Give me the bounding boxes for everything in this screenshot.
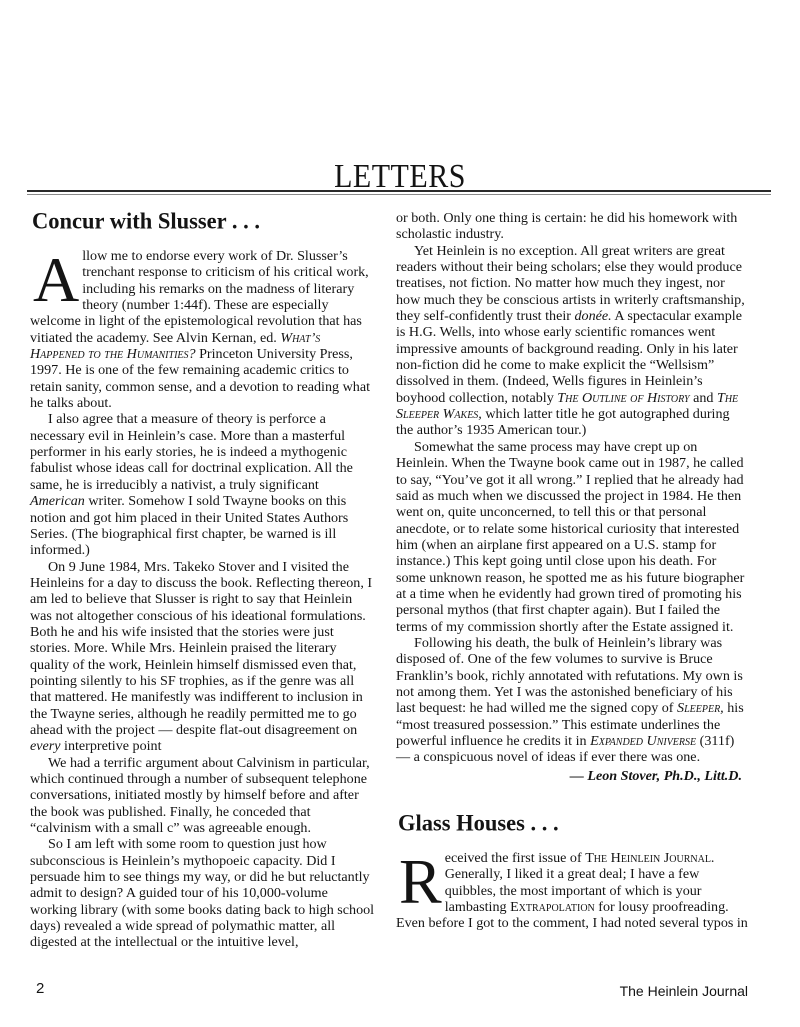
book-title: Sleeper,: [677, 700, 724, 716]
paragraph: Somewhat the same process may have crept…: [396, 439, 748, 635]
drop-cap: R: [399, 854, 442, 906]
letter-heading-glass-houses: Glass Houses . . .: [398, 809, 748, 836]
book-title: The Outline of History: [557, 390, 689, 406]
column-right: or both. Only one thing is certain: he d…: [396, 210, 748, 932]
paragraph: or both. Only one thing is certain: he d…: [396, 210, 748, 243]
journal-title: The Heinlein Journal.: [585, 850, 714, 866]
paragraph: Following his death, the bulk of Heinlei…: [396, 635, 748, 766]
drop-cap: A: [33, 252, 79, 304]
page-number: 2: [36, 980, 44, 997]
paragraph: Yet Heinlein is no exception. All great …: [396, 243, 748, 439]
column-left: Concur with Slusser . . . Allow me to en…: [30, 208, 375, 951]
journal-title: Extrapolation: [510, 899, 595, 915]
letter-concur-body: Allow me to endorse every work of Dr. Sl…: [30, 248, 375, 951]
letter-signature: — Leon Stover, Ph.D., Litt.D.: [396, 768, 748, 784]
book-title: Expanded Universe: [590, 733, 696, 749]
paragraph: Allow me to endorse every work of Dr. Sl…: [30, 248, 375, 411]
letter-heading-concur: Concur with Slusser . . .: [32, 207, 375, 234]
paragraph: We had a terrific argument about Calvini…: [30, 755, 375, 837]
paragraph: Received the first issue of The Heinlein…: [396, 850, 748, 932]
running-footer: The Heinlein Journal: [620, 983, 748, 999]
paragraph: I also agree that a measure of theory is…: [30, 411, 375, 558]
paragraph: On 9 June 1984, Mrs. Takeko Stover and I…: [30, 559, 375, 755]
title-rule: [27, 190, 771, 192]
letter-glass-houses-body: Received the first issue of The Heinlein…: [396, 850, 748, 932]
title-rule-secondary: [27, 194, 771, 195]
paragraph: So I am left with some room to question …: [30, 836, 375, 950]
